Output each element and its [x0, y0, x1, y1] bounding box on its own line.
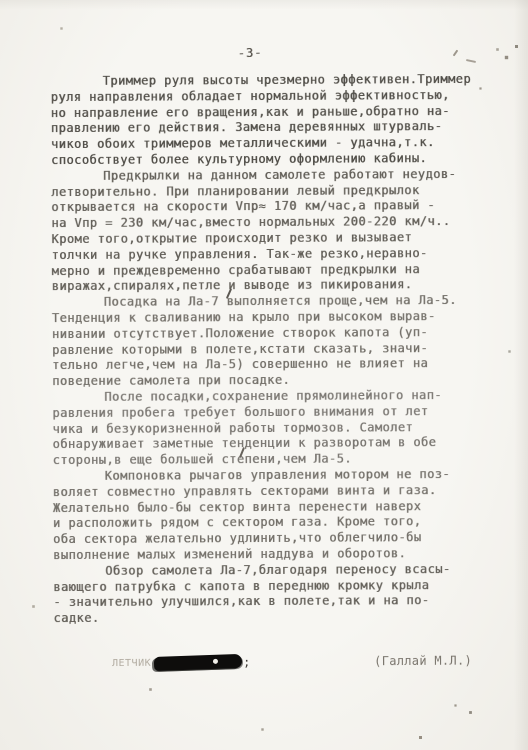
- redaction-bar: [154, 654, 242, 671]
- redaction-gap: [213, 659, 218, 664]
- signature-punctuation: ;: [243, 655, 250, 669]
- signature-role-label: ЛЕТЧИК: [112, 657, 151, 668]
- paragraph: Обзор самолета Ла-7,благодаря переносу в…: [53, 562, 483, 627]
- paragraph: Предкрылки на данном самолете работают н…: [51, 167, 482, 296]
- paragraph: Компоновка рычагов управления мотором не…: [53, 467, 483, 564]
- paragraph: Триммер руля высоты чрезмерно эффективен…: [51, 72, 481, 169]
- signature-left: ЛЕТЧИК ;: [112, 655, 250, 670]
- document-body: Триммер руля высоты чрезмерно эффективен…: [51, 72, 484, 627]
- signature-row: ЛЕТЧИК ; (Галлай М.Л.): [52, 654, 476, 671]
- paragraph: Посадка на Ла-7 выполняется проще,чем на…: [52, 293, 482, 390]
- paper-speckles: [0, 0, 1, 1]
- pencil-mark: [466, 59, 476, 63]
- scanned-document-page: -3- Триммер руля высоты чрезмерно эффект…: [0, 0, 528, 750]
- signature-name: (Галлай М.Л.): [374, 654, 472, 669]
- paragraph: После посадки,сохранение прямолинейного …: [52, 388, 482, 469]
- page-number: -3-: [0, 37, 514, 69]
